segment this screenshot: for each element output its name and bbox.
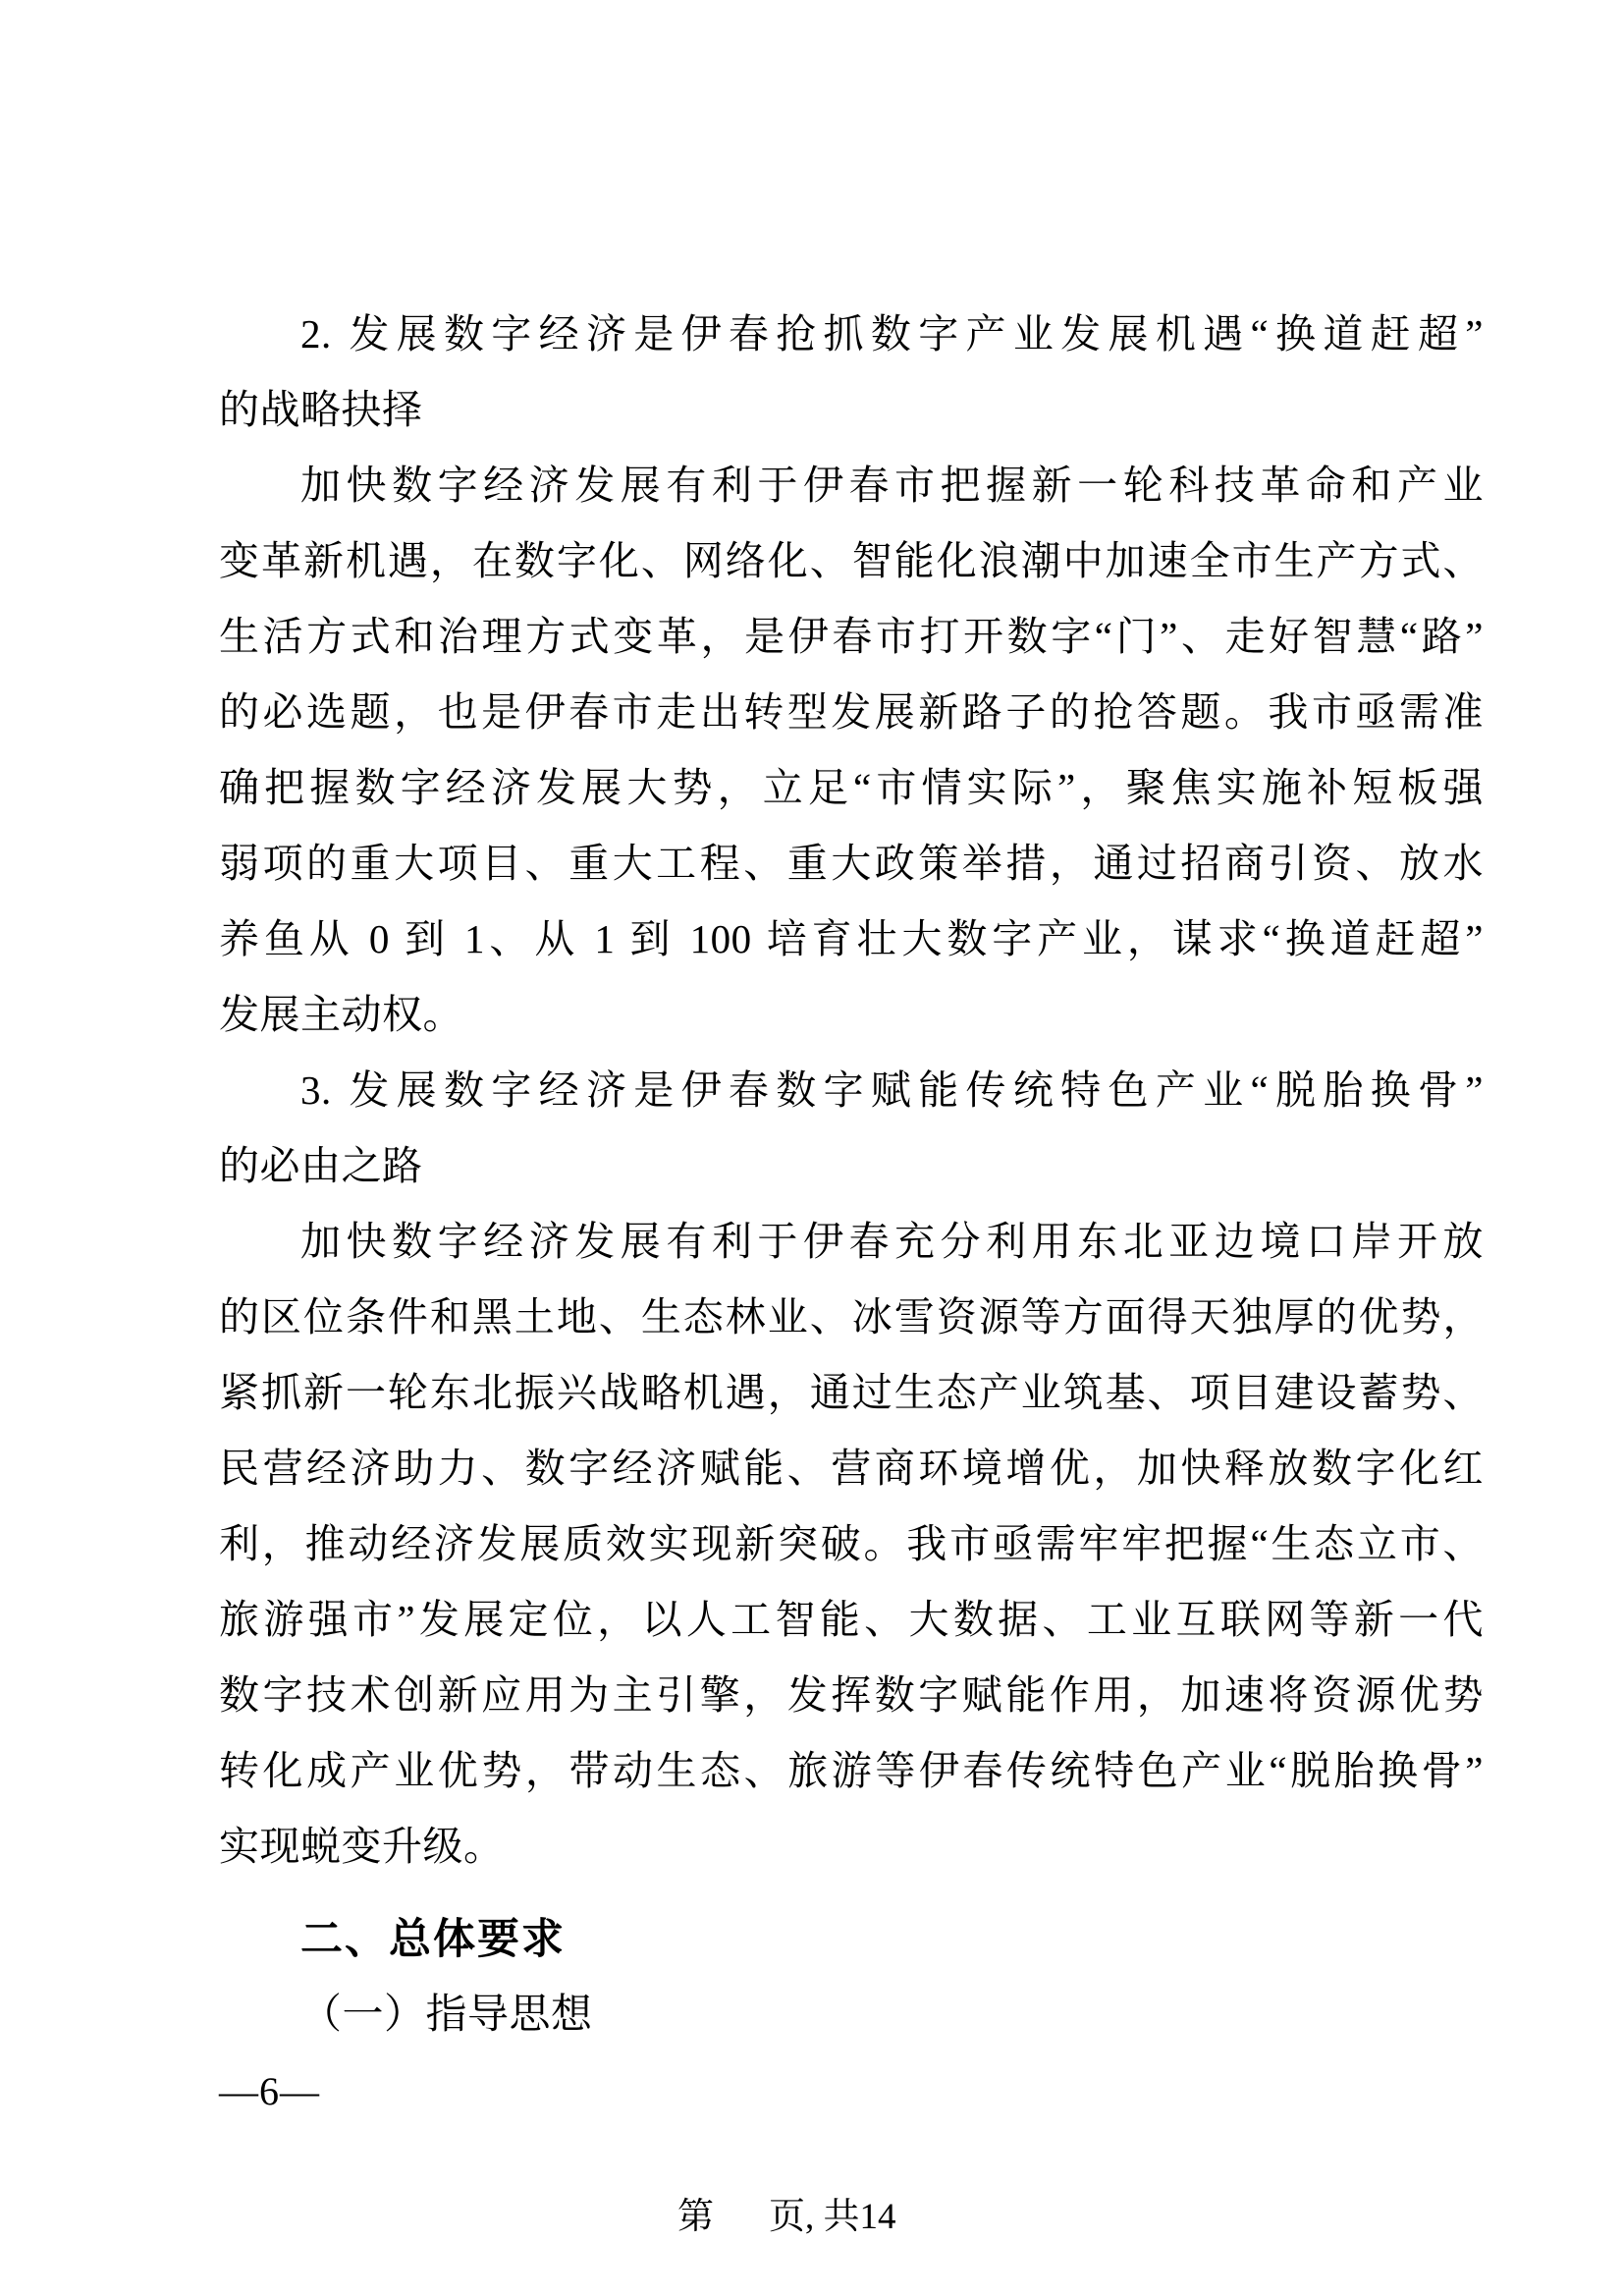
body-line: 弱项的重大项目、重大工程、重大政策举措，通过招商引资、放水 [219,826,1484,902]
body-line: 实现蜕变升级。 [219,1809,1484,1885]
body-line: 加快数字经济发展有利于伊春市把握新一轮科技革命和产业 [219,448,1484,523]
body-line: 民营经济助力、数字经济赋能、营商环境增优，加快释放数字化红 [219,1431,1484,1506]
body-line: 数字技术创新应用为主引擎，发挥数字赋能作用，加速将资源优势 [219,1658,1484,1733]
section-heading: 二、总体要求 [219,1902,1484,1978]
body-line: 养鱼从 0 到 1、从 1 到 100 培育壮大数字产业，谋求“换道赶超” [219,902,1484,977]
page-number: —6— [219,2062,320,2121]
numbered-heading-line: 的必由之路 [219,1128,1484,1204]
body-line: 旅游强市”发展定位，以人工智能、大数据、工业互联网等新一代 [219,1582,1484,1658]
body-line: 发展主动权。 [219,977,1484,1053]
subsection-heading: （一）指导思想 [219,1978,1484,2053]
numbered-heading-line: 的战略抉择 [219,372,1484,448]
body-line: 生活方式和治理方式变革，是伊春市打开数字“门”、走好智慧“路” [219,599,1484,675]
body-line: 转化成产业优势，带动生态、旅游等伊春传统特色产业“脱胎换骨” [219,1733,1484,1809]
body-line: 利，推动经济发展质效实现新突破。我市亟需牢牢把握“生态立市、 [219,1506,1484,1582]
document-body: 2. 发展数字经济是伊春抢抓数字产业发展机遇“换道赶超” 的战略抉择 加快数字经… [219,297,1484,2053]
page-footer: 第页, 共14 [677,2194,896,2241]
numbered-heading-line: 2. 发展数字经济是伊春抢抓数字产业发展机遇“换道赶超” [219,297,1484,372]
body-line: 紧抓新一轮东北振兴战略机遇，通过生态产业筑基、项目建设蓄势、 [219,1355,1484,1431]
numbered-heading-line: 3. 发展数字经济是伊春数字赋能传统特色产业“脱胎换骨” [219,1053,1484,1128]
body-line: 确把握数字经济发展大势，立足“市情实际”，聚焦实施补短板强 [219,750,1484,826]
footer-page-label-prefix: 第 [677,2197,714,2237]
footer-page-label-suffix: 页, 共14 [769,2197,896,2237]
body-line: 的必选题，也是伊春市走出转型发展新路子的抢答题。我市亟需准 [219,675,1484,750]
body-line: 加快数字经济发展有利于伊春充分利用东北亚边境口岸开放 [219,1204,1484,1280]
document-page: 2. 发展数字经济是伊春抢抓数字产业发展机遇“换道赶超” 的战略抉择 加快数字经… [0,0,1623,2296]
body-line: 的区位条件和黑土地、生态林业、冰雪资源等方面得天独厚的优势， [219,1280,1484,1355]
body-line: 变革新机遇，在数字化、网络化、智能化浪潮中加速全市生产方式、 [219,523,1484,599]
